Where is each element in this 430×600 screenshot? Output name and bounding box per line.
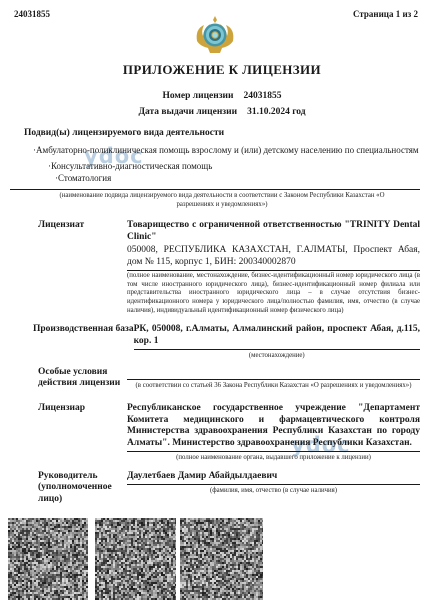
page-indicator: Страница 1 из 2: [353, 9, 418, 19]
special-conditions-label-line1: Особые условия: [38, 367, 127, 379]
page-title: ПРИЛОЖЕНИЕ К ЛИЦЕНЗИИ: [24, 62, 420, 78]
subtype-heading: Подвид(ы) лицензируемого вида деятельнос…: [24, 128, 420, 138]
field-line: [134, 349, 420, 350]
subtype-item: Амбулаторно-поликлиническая помощь взрос…: [33, 145, 420, 155]
qr-code-block-2: [95, 518, 176, 600]
special-conditions-label-line2: действия лицензии: [38, 378, 127, 390]
production-base-label: Производственная база: [24, 324, 134, 336]
subtype-item: Консультативно-диагностическая помощь: [48, 161, 420, 171]
field-line: [127, 270, 420, 271]
licensor-value: Республиканское государственное учрежден…: [127, 403, 420, 449]
issue-date-line: Дата выдачи лицензии31.10.2024 год: [24, 107, 420, 117]
licensee-name: Товарищество с ограниченной ответственно…: [127, 220, 420, 243]
license-number-value: 24031855: [244, 91, 282, 101]
head-label-line2: (уполномоченное лицо): [38, 482, 127, 505]
kazakhstan-emblem-icon: [194, 15, 236, 57]
special-conditions-label: Особые условия действия лицензии: [24, 367, 127, 390]
licensor-footnote: (полное наименование органа, выдавшего п…: [127, 454, 420, 463]
head-footnote: (фамилия, имя, отчество (в случае наличи…: [127, 487, 420, 496]
head-value: Даулетбаев Дамир Абайдылдаевич: [127, 471, 420, 483]
licensee-label: Лицензиат: [24, 220, 127, 232]
head-row: Руководитель (уполномоченное лицо) Дауле…: [24, 471, 420, 506]
head-label-line1: Руководитель: [38, 471, 127, 483]
issue-date-label: Дата выдачи лицензии: [138, 107, 237, 117]
licensee-row: Лицензиат Товарищество с ограниченной от…: [24, 220, 420, 315]
production-base-value: РК, 050008, г.Алматы, Алмалинский район,…: [134, 324, 420, 347]
special-conditions-row: Особые условия действия лицензии (в соот…: [24, 367, 420, 391]
subtype-footnote: (наименование подвида лицензируемого вид…: [24, 192, 420, 209]
qr-code-block-1: [8, 518, 88, 600]
licensor-label: Лицензиар: [24, 403, 127, 415]
head-label: Руководитель (уполномоченное лицо): [24, 471, 127, 506]
document-body: ПРИЛОЖЕНИЕ К ЛИЦЕНЗИИ Номер лицензии2403…: [0, 62, 430, 505]
license-number-line: Номер лицензии24031855: [24, 91, 420, 101]
field-line: [127, 484, 420, 485]
licensee-footnote: (полное наименование, местонахождение, б…: [127, 272, 420, 315]
production-base-footnote: (местонахождение): [134, 352, 420, 361]
subtype-item: Стоматология: [55, 173, 420, 183]
field-line: [127, 379, 420, 380]
licensor-row: Лицензиар Республиканское государственно…: [24, 403, 420, 463]
field-line: [127, 451, 420, 452]
issue-date-value: 31.10.2024 год: [247, 107, 305, 117]
special-conditions-footnote: (в соответствии со статьей 36 Закона Рес…: [127, 382, 420, 391]
license-appendix-page: 24031855 Страница 1 из 2 ydoc ydoc ПРИЛО…: [0, 0, 430, 600]
production-base-row: Производственная база РК, 050008, г.Алма…: [24, 324, 420, 361]
license-number-label: Номер лицензии: [162, 91, 233, 101]
divider-line: [10, 189, 420, 190]
qr-code-block-3: [180, 518, 263, 600]
licensee-address: 050008, РЕСПУБЛИКА КАЗАХСТАН, Г.АЛМАТЫ, …: [127, 245, 420, 268]
document-number: 24031855: [14, 9, 50, 19]
